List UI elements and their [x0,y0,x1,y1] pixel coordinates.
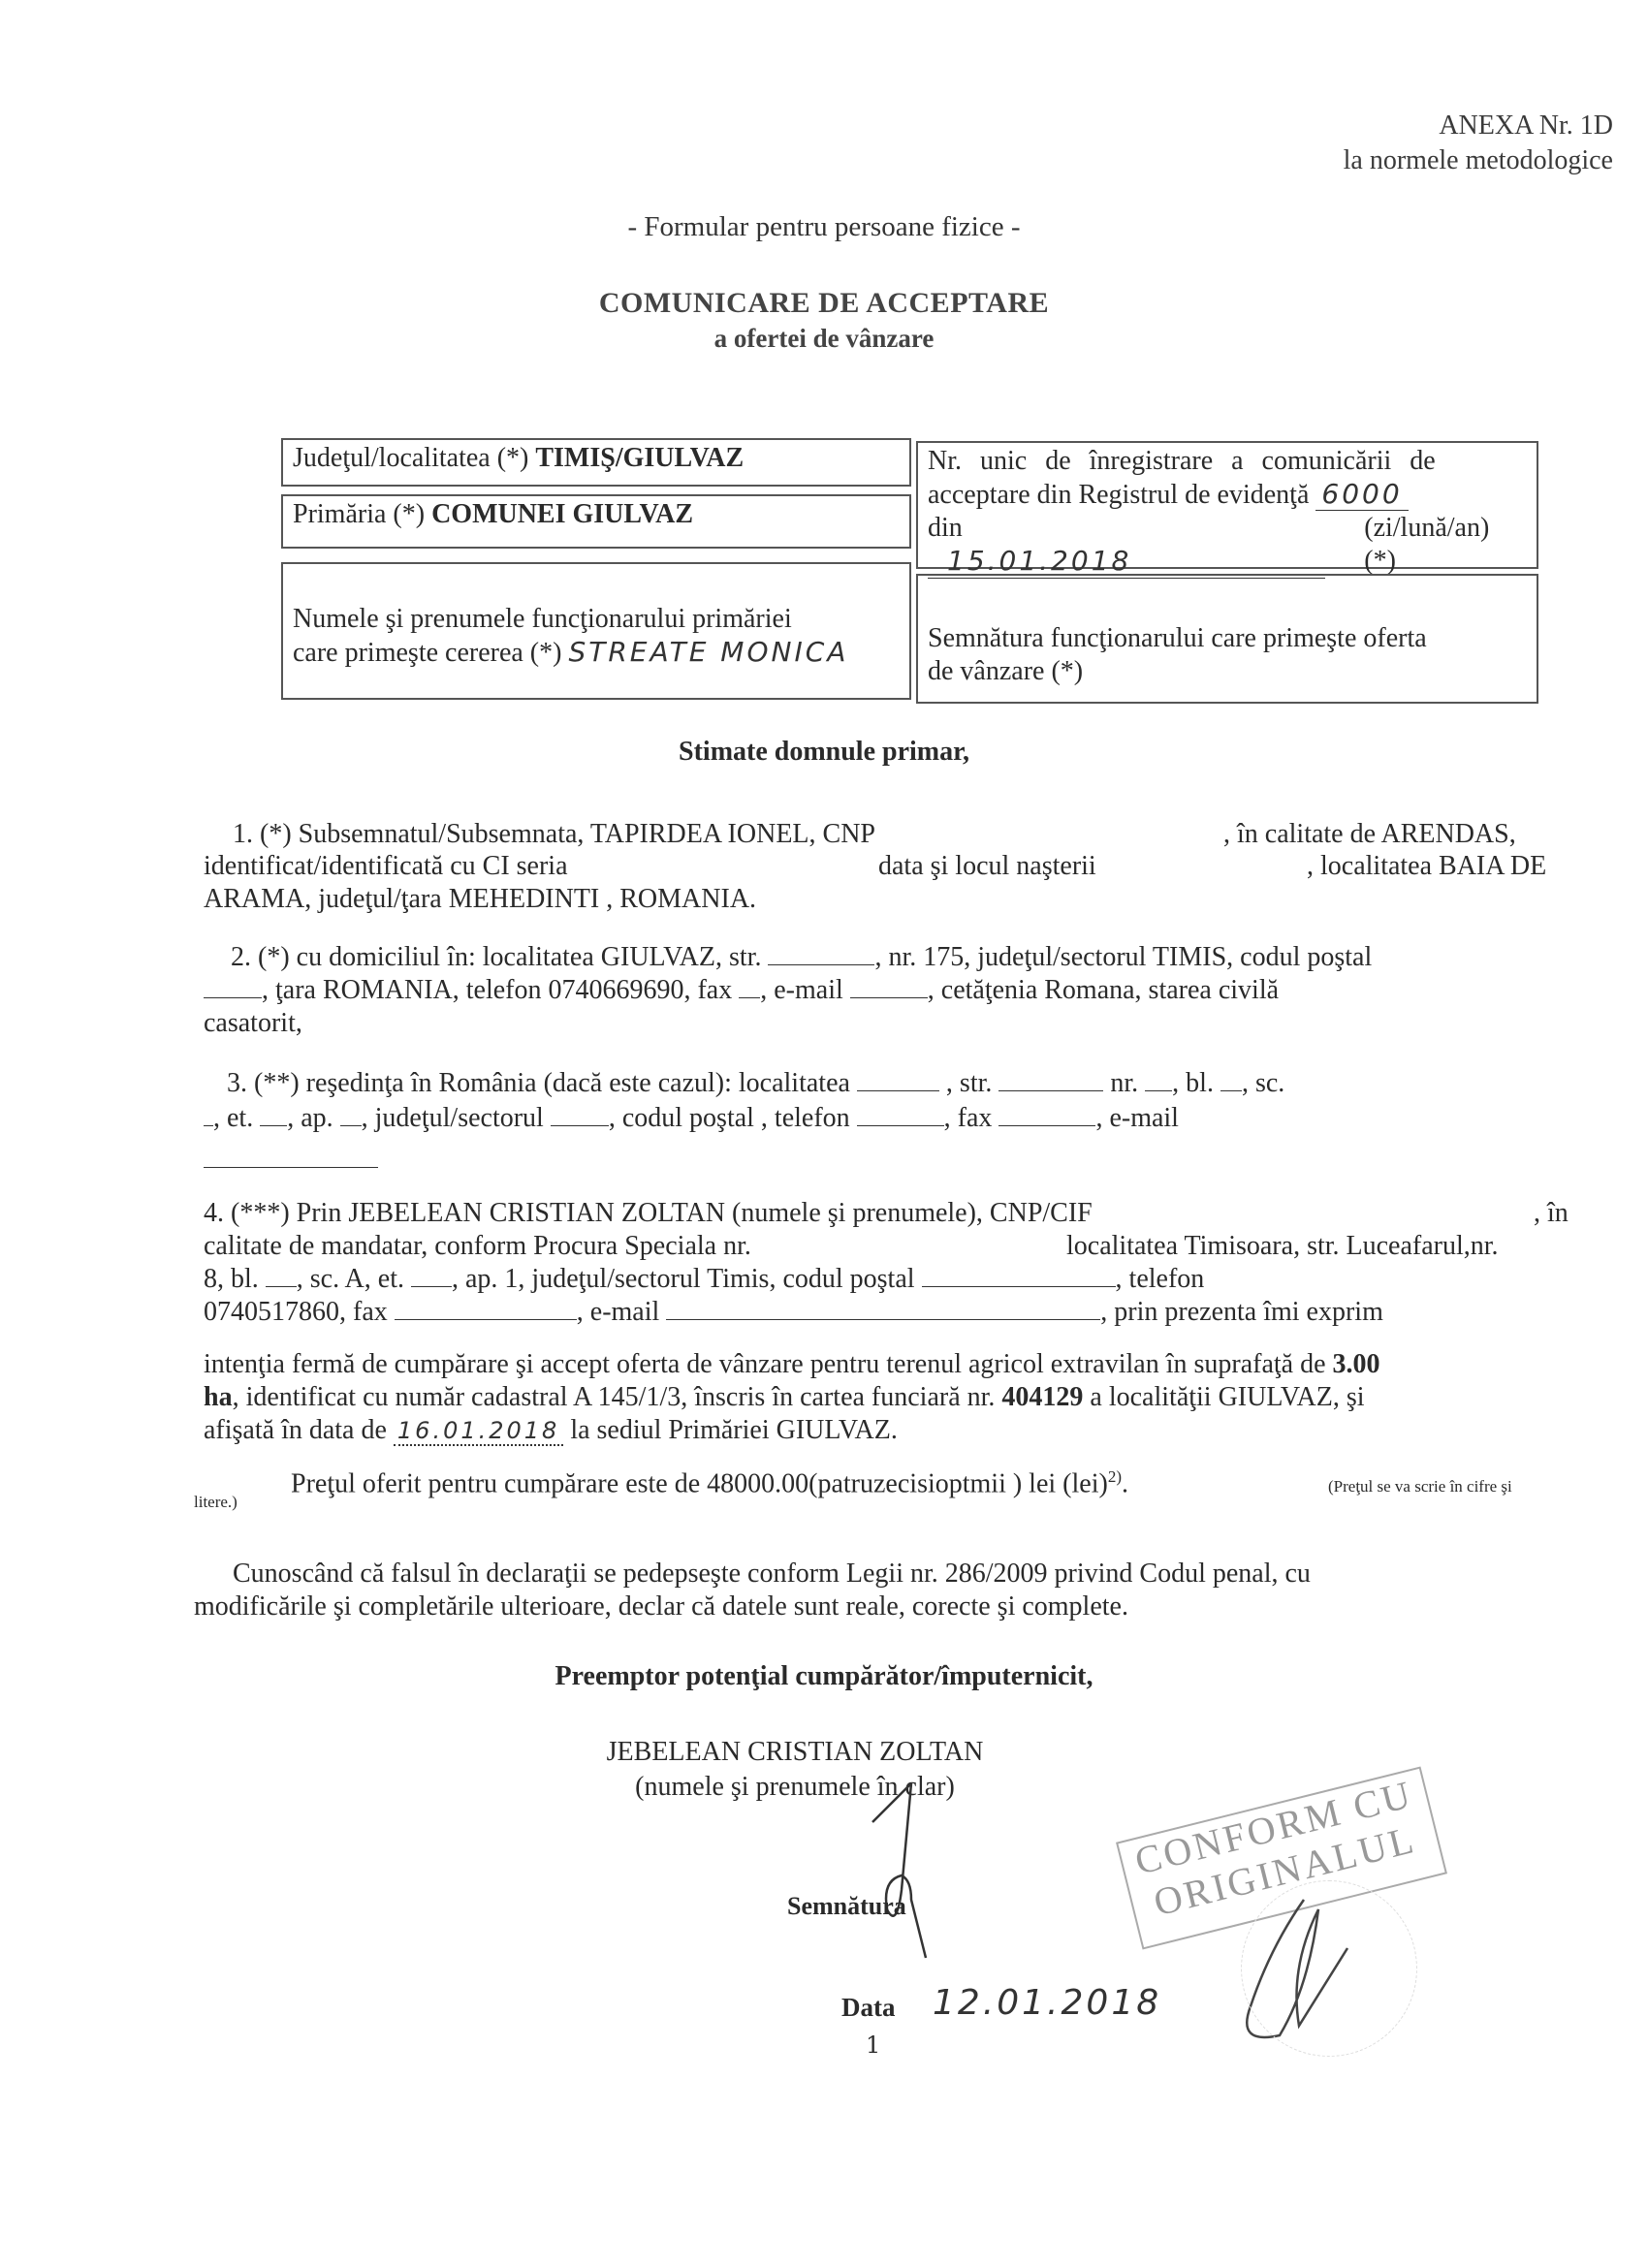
price-footnote: 2) [1108,1467,1122,1486]
section2-phone: , ţara ROMANIA, telefon 0740669690, fax [262,975,732,1005]
posted-date-label: afişată în data de [204,1415,387,1445]
judet-label: Judeţul/localitatea (*) [293,443,528,473]
section1-line1: 1. (*) Subsemnatul/Subsemnata, TAPIRDEA … [233,819,875,850]
street-blank[interactable] [768,943,874,965]
section1-id: identificat/identificată cu CI seria [204,851,568,882]
section1-capacity: , în calitate de ARENDAS, [1223,819,1516,850]
din-label: din [928,513,963,543]
primaria-value: COMUNEI GIULVAZ [431,499,693,529]
nr-unic-label: Nr. unic de înregistrare a comunicării d… [928,445,1527,478]
section4-line7: afişată în data de 16.01.2018 la sediul … [204,1415,898,1446]
section1-locality: , localitatea BAIA DE [1307,851,1546,882]
page-number: 1 [866,2032,880,2059]
posted-location: la sediul Primăriei GIULVAZ. [570,1415,898,1445]
section4-bl: 8, bl. [204,1264,259,1294]
semnatura-label: Semnătura funcţionarului care primeşte o… [928,622,1527,655]
registration-number-cell: Nr. unic de înregistrare a comunicării d… [916,441,1538,569]
residence-bl-blank[interactable] [1220,1069,1242,1091]
section1-birth: data şi locul naşterii [878,851,1096,882]
section4-email: , e-mail [577,1297,660,1327]
email-blank[interactable] [850,976,928,998]
section3-line1: 3. (**) reşedinţa în România (dacă este … [227,1068,1284,1099]
residence-locality-blank[interactable] [857,1069,939,1091]
annex-subtitle: la normele metodologice [1344,143,1613,178]
price-note: (Preţul se va scrie în cifre şi [1328,1477,1512,1496]
fax-blank[interactable] [739,976,760,998]
functionar-cell: Numele şi prenumele funcţionarului primă… [281,562,911,700]
functionar-name-handwritten: STREATE MONICA [568,636,848,668]
rep-bl-blank[interactable] [266,1265,297,1287]
rep-fax-blank[interactable] [395,1298,577,1320]
section4-line5: intenţia fermă de cumpărare şi accept of… [204,1349,1380,1380]
residence-fax-blank[interactable] [998,1104,1095,1126]
form-type: - Formular pentru persoane fizice - [0,211,1648,243]
postal-code-blank[interactable] [204,976,262,998]
rep-et-blank[interactable] [411,1265,452,1287]
declaration-line1: Cunoscând că falsul în declaraţii se ped… [233,1559,1311,1590]
salutation: Stimate domnule primar, [0,737,1648,768]
judet-value: TIMIŞ/GIULVAZ [535,443,744,473]
cadastral: , identificat cu număr cadastral A 145/1… [233,1382,1002,1412]
posted-date-handwritten: 16.01.2018 [394,1417,563,1446]
section4-line6: ha, identificat cu număr cadastral A 145… [204,1382,1365,1413]
price-note-end: litere.) [194,1493,238,1512]
registration-number-handwritten: 6000 [1315,478,1408,511]
price-line: Preţul oferit pentru cumpărare este de 4… [291,1467,1128,1499]
signature-date-handwritten: 12.01.2018 [933,1983,1161,2023]
residence-et-blank[interactable] [260,1104,287,1126]
annex-number: ANEXA Nr. 1D [1344,109,1613,143]
section2-text-b: , nr. 175, judeţul/sectorul TIMIS, codul… [874,942,1372,972]
residence-street-blank[interactable] [998,1069,1103,1091]
section4-offer: intenţia fermă de cumpărare şi accept of… [204,1349,1333,1379]
section3-email: , e-mail [1095,1103,1179,1133]
price-dot: . [1122,1468,1128,1498]
locality: a localităţii GIULVAZ, şi [1083,1382,1364,1412]
section3-county: , judeţul/sectorul [362,1103,544,1133]
functionar-label: Numele şi prenumele funcţionarului primă… [293,603,900,636]
section2-line1: 2. (*) cu domiciliul în: localitatea GIU… [231,942,1372,973]
primaria-cell: Primăria (*) COMUNEI GIULVAZ [281,494,911,549]
signature-label: Semnătura [787,1892,906,1921]
section2-text: 2. (*) cu domiciliul în: localitatea GIU… [231,942,761,972]
section4-proxy: calitate de mandatar, conform Procura Sp… [204,1231,751,1262]
section2-citizenship: , cetăţenia Romana, starea civilă [928,975,1279,1005]
judet-cell: Judeţul/localitatea (*) TIMIŞ/GIULVAZ [281,438,911,487]
section3-line2: , et. , ap. , judeţul/sectorul , codul p… [204,1103,1179,1134]
residence-sc-blank[interactable] [204,1104,213,1126]
section4-intent: , prin prezenta îmi exprim [1100,1297,1383,1327]
residence-email-blank[interactable] [204,1167,378,1168]
primaria-label: Primăria (*) [293,499,425,529]
rep-postal-blank[interactable] [922,1265,1116,1287]
date-format-hint: (zi/lună/an) (*) [1364,512,1527,579]
signatory-role: Preemptor potenţial cumpărător/împuterni… [0,1661,1648,1692]
annex-header: ANEXA Nr. 1D la normele metodologice [1344,109,1613,178]
section4-line3: 8, bl. , sc. A, et. , ap. 1, judeţul/sec… [204,1264,1204,1295]
nr-unic-label-2: acceptare din Registrul de evidenţă [928,480,1309,510]
faded-round-stamp-icon [1241,1880,1417,2057]
signature-scribble-icon [853,1783,960,1977]
land-book-number: 404129 [1001,1382,1083,1412]
section3-str: , str. [946,1068,992,1098]
functionar-label-2: care primeşte cererea (*) [293,638,561,668]
section1-county: ARAMA, judeţul/ţara MEHEDINTI , ROMANIA. [204,884,756,915]
section4-line4: 0740517860, fax , e-mail , prin prezenta… [204,1297,1383,1328]
section4-sc: , sc. A, et. [297,1264,404,1294]
section3-et: , et. [213,1103,253,1133]
section4-phone-label: , telefon [1116,1264,1205,1294]
residence-nr-blank[interactable] [1145,1069,1172,1091]
section3-ap: , ap. [287,1103,333,1133]
section4-phone: 0740517860, fax [204,1297,388,1327]
section4-address: localitatea Timisoara, str. Luceafarul,n… [1066,1231,1499,1262]
section2-line2: , ţara ROMANIA, telefon 0740669690, fax … [204,975,1279,1006]
page-subtitle: a ofertei de vânzare [0,324,1648,354]
rep-email-blank[interactable] [666,1298,1100,1320]
date-label: Data [841,1993,896,2023]
section3-sc: , sc. [1242,1068,1284,1098]
section3-bl: , bl. [1172,1068,1214,1098]
section3-postal: , codul poştal , telefon [609,1103,850,1133]
section3-nr: nr. [1110,1068,1138,1098]
declaration-line2: modificările şi completările ulterioare,… [194,1591,1128,1622]
section2-civil-status: casatorit, [204,1008,302,1039]
residence-county-blank[interactable] [551,1104,609,1126]
section4-line1-end: , în [1534,1198,1569,1229]
section3-fax: , fax [944,1103,993,1133]
section3-text: 3. (**) reşedinţa în România (dacă este … [227,1068,850,1098]
residence-phone-blank[interactable] [857,1104,944,1126]
page-title: COMUNICARE DE ACCEPTARE [0,287,1648,320]
section2-email-label: , e-mail [760,975,843,1005]
price-text: Preţul oferit pentru cumpărare este de 4… [291,1468,1108,1498]
semnatura-label-2: de vânzare (*) [928,655,1527,688]
section4-line1: 4. (***) Prin JEBELEAN CRISTIAN ZOLTAN (… [204,1198,1093,1229]
residence-ap-blank[interactable] [340,1104,362,1126]
signature-cell: Semnătura funcţionarului care primeşte o… [916,574,1538,704]
section4-county: , ap. 1, judeţul/sectorul Timis, codul p… [452,1264,915,1294]
land-area-unit: ha [204,1382,233,1412]
signatory-name: JEBELEAN CRISTIAN ZOLTAN [0,1737,1619,1768]
land-area: 3.00 [1333,1349,1380,1379]
